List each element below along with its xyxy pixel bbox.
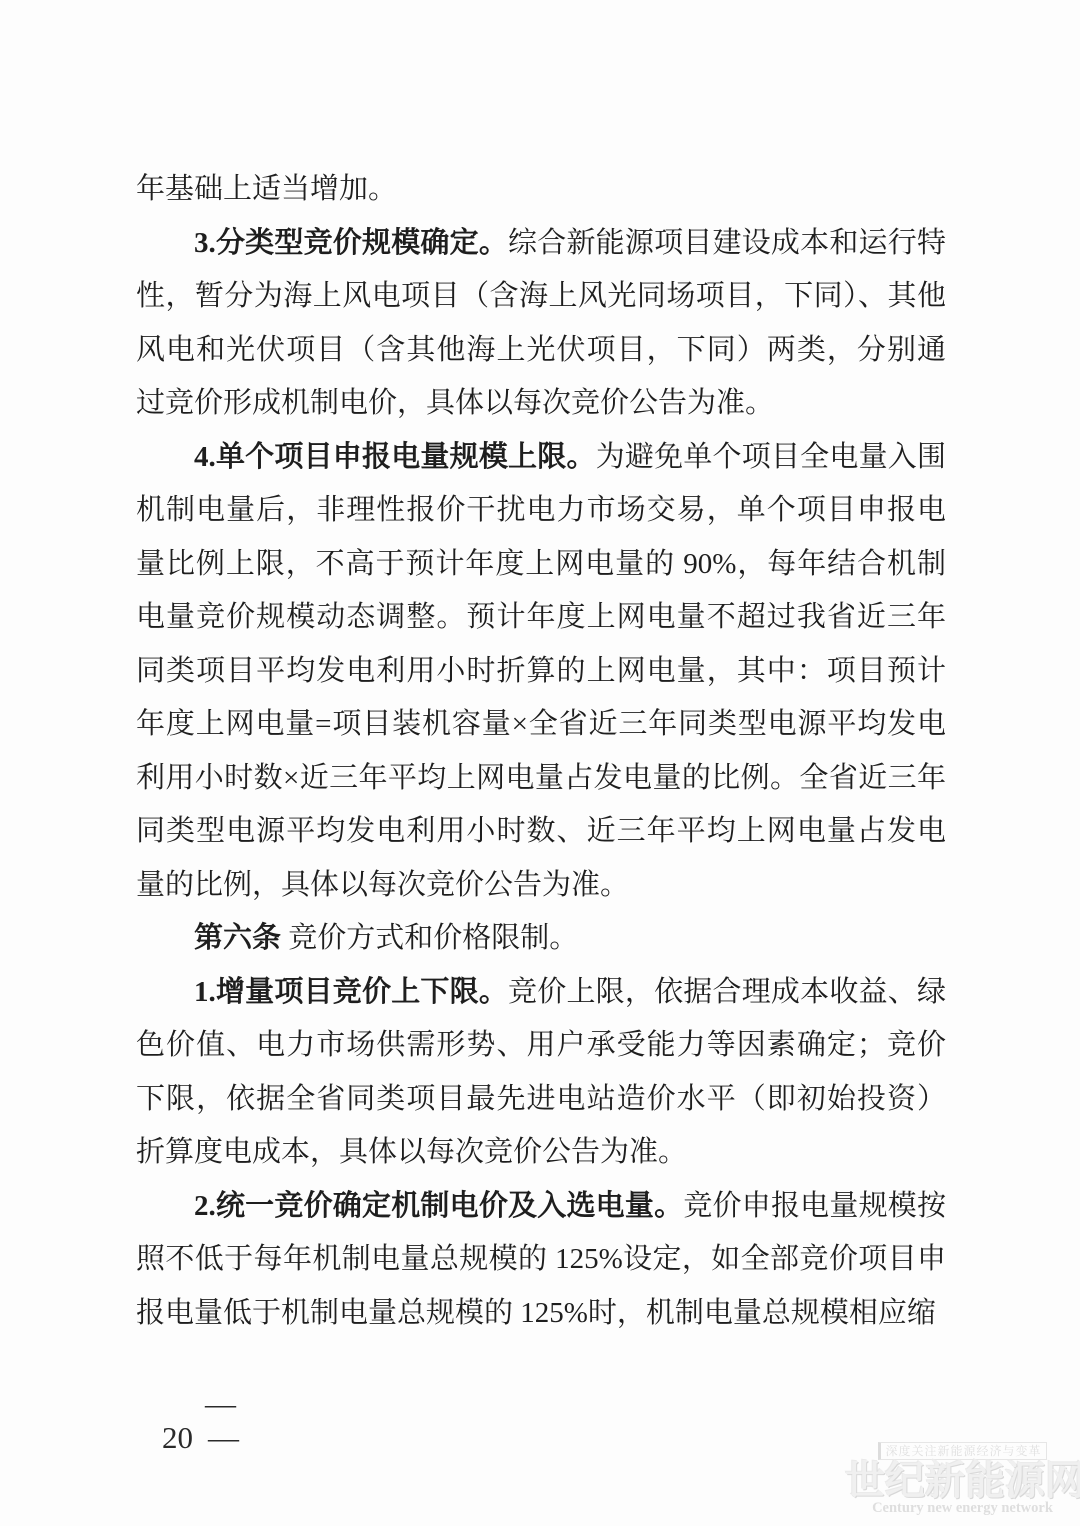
page-number-dash-top: —	[205, 1386, 236, 1422]
document-page: 年基础上适当增加。3.分类型竞价规模确定。综合新能源项目建设成本和运行特性，暂分…	[0, 0, 1080, 1526]
page-number: 20	[162, 1420, 193, 1455]
paragraph: 3.分类型竞价规模确定。综合新能源项目建设成本和运行特性，暂分为海上风电项目（含…	[136, 217, 946, 431]
paragraph-lead: 1.增量项目竞价上下限。	[194, 976, 508, 1008]
page-number-line: 20—	[162, 1420, 239, 1456]
watermark-subtitle: Century new energy network	[845, 1501, 1080, 1516]
paragraph-lead: 4.单个项目申报电量规模上限。	[194, 441, 596, 473]
paragraph-lead: 第六条	[194, 922, 281, 954]
document-body: 年基础上适当增加。3.分类型竞价规模确定。综合新能源项目建设成本和运行特性，暂分…	[136, 163, 946, 1340]
paragraph-lead: 3.分类型竞价规模确定。	[194, 227, 508, 259]
page-number-dash-right: —	[208, 1420, 239, 1455]
paragraph-lead: 2.统一竞价确定机制电价及入选电量。	[194, 1190, 683, 1222]
watermark: 深度关注新能源经济与变革 世纪新能源网 Century new energy n…	[845, 1442, 1080, 1516]
paragraph: 第六条 竞价方式和价格限制。	[136, 912, 946, 966]
paragraph: 1.增量项目竞价上下限。竞价上限，依据合理成本收益、绿色价值、电力市场供需形势、…	[136, 966, 946, 1180]
paragraph: 4.单个项目申报电量规模上限。为避免单个项目全电量入围机制电量后，非理性报价干扰…	[136, 431, 946, 913]
paragraph: 2.统一竞价确定机制电价及入选电量。竞价申报电量规模按照不低于每年机制电量总规模…	[136, 1180, 946, 1341]
watermark-title: 世纪新能源网	[845, 1461, 1080, 1501]
paragraph: 年基础上适当增加。	[136, 163, 946, 217]
watermark-tagline: 深度关注新能源经济与变革	[878, 1442, 1046, 1460]
